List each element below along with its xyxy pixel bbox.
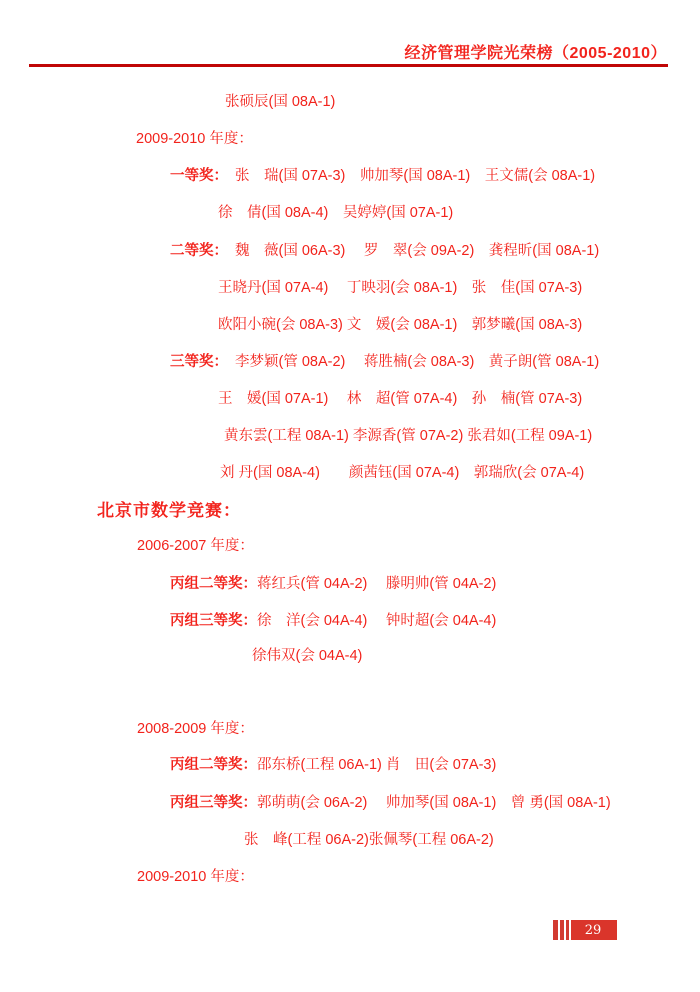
text-line: 王 媛(国 07A-1) 林 超(管 07A-4) 孙 楠(管 07A-3) <box>218 391 582 408</box>
line-text: 徐伟双(会 04A-4) <box>252 648 362 664</box>
page-number: 29 <box>569 924 602 937</box>
header-rule <box>29 64 668 67</box>
award-label: 丙组二等奖： <box>170 757 257 773</box>
text-line: 丙组三等奖：徐 洋(会 04A-4) 钟时超(会 04A-4) <box>170 613 496 630</box>
award-label: 丙组三等奖： <box>170 795 257 811</box>
text-line: 欧阳小碗(会 08A-3) 文 媛(会 08A-1) 郭梦曦(国 08A-3) <box>218 317 582 334</box>
text-line: 张硕辰(国 08A-1) <box>225 94 335 111</box>
line-text: 张硕辰(国 08A-1) <box>225 94 335 110</box>
line-text: 郭萌萌(会 06A-2) 帅加琴(国 08A-1) 曾 勇(国 08A-1) <box>257 795 611 811</box>
text-line: 2009-2010 年度： <box>137 869 254 886</box>
award-label: 丙组二等奖： <box>170 576 257 592</box>
line-text: 2009-2010 年度： <box>137 869 254 885</box>
line-text: 徐 倩(国 08A-4) 吴婷婷(国 07A-1) <box>218 205 453 221</box>
award-label: 三等奖： <box>170 354 228 370</box>
section-heading: 北京市数学竞赛： <box>97 496 241 521</box>
award-label: 一等奖： <box>170 168 228 184</box>
text-line: 刘 丹(国 08A-4) 颜茜钰(国 07A-4) 郭瑞欣(会 07A-4) <box>220 465 584 482</box>
text-line: 三等奖：李梦颖(管 08A-2) 蒋胜楠(会 08A-3) 黄子朗(管 08A-… <box>170 354 599 371</box>
line-text: 2008-2009 年度： <box>137 721 254 737</box>
page-number-badge: 29 <box>553 920 617 940</box>
line-text: 张 瑞(国 07A-3) 帅加琴(国 08A-1) 王文儒(会 08A-1) <box>235 168 595 184</box>
text-line: 丙组二等奖：邵东桥(工程 06A-1) 肖 田(会 07A-3) <box>170 757 496 774</box>
line-text: 王晓丹(国 07A-4) 丁映羽(会 08A-1) 张 佳(国 07A-3) <box>218 280 582 296</box>
line-text: 2009-2010 年度： <box>136 131 253 147</box>
text-line: 丙组二等奖：蒋红兵(管 04A-2) 滕明帅(管 04A-2) <box>170 576 496 593</box>
award-label: 丙组三等奖： <box>170 613 257 629</box>
line-text: 王 媛(国 07A-1) 林 超(管 07A-4) 孙 楠(管 07A-3) <box>218 391 582 407</box>
text-line: 张 峰(工程 06A-2)张佩琴(工程 06A-2) <box>244 832 494 849</box>
line-text: 欧阳小碗(会 08A-3) 文 媛(会 08A-1) 郭梦曦(国 08A-3) <box>218 317 582 333</box>
text-line: 徐 倩(国 08A-4) 吴婷婷(国 07A-1) <box>218 205 453 222</box>
line-text: 李梦颖(管 08A-2) 蒋胜楠(会 08A-3) 黄子朗(管 08A-1) <box>235 354 599 370</box>
text-line: 黄东雲(工程 08A-1) 李源香(管 07A-2) 张君如(工程 09A-1) <box>224 428 592 445</box>
text-line: 一等奖：张 瑞(国 07A-3) 帅加琴(国 08A-1) 王文儒(会 08A-… <box>170 168 595 185</box>
line-text: 张 峰(工程 06A-2)张佩琴(工程 06A-2) <box>244 832 494 848</box>
award-label: 二等奖： <box>170 243 228 259</box>
text-line: 徐伟双(会 04A-4) <box>252 648 362 665</box>
page-title: 经济管理学院光荣榜（2005-2010） <box>404 40 667 63</box>
text-line: 王晓丹(国 07A-4) 丁映羽(会 08A-1) 张 佳(国 07A-3) <box>218 280 582 297</box>
text-line: 2008-2009 年度： <box>137 721 254 738</box>
line-text: 蒋红兵(管 04A-2) 滕明帅(管 04A-2) <box>257 576 496 592</box>
document-page: 经济管理学院光荣榜（2005-2010） 张硕辰(国 08A-1) 2009-2… <box>0 0 700 992</box>
line-text: 魏 薇(国 06A-3) 罗 翠(会 09A-2) 龚程昕(国 08A-1) <box>235 243 599 259</box>
line-text: 邵东桥(工程 06A-1) 肖 田(会 07A-3) <box>257 757 496 773</box>
line-text: 刘 丹(国 08A-4) 颜茜钰(国 07A-4) 郭瑞欣(会 07A-4) <box>220 465 584 481</box>
text-line: 2009-2010 年度： <box>136 131 253 148</box>
line-text: 黄东雲(工程 08A-1) 李源香(管 07A-2) 张君如(工程 09A-1) <box>224 428 592 444</box>
text-line: 二等奖：魏 薇(国 06A-3) 罗 翠(会 09A-2) 龚程昕(国 08A-… <box>170 243 599 260</box>
line-text: 徐 洋(会 04A-4) 钟时超(会 04A-4) <box>257 613 496 629</box>
text-line: 丙组三等奖：郭萌萌(会 06A-2) 帅加琴(国 08A-1) 曾 勇(国 08… <box>170 795 611 812</box>
text-line: 2006-2007 年度： <box>137 538 254 555</box>
line-text: 2006-2007 年度： <box>137 538 254 554</box>
